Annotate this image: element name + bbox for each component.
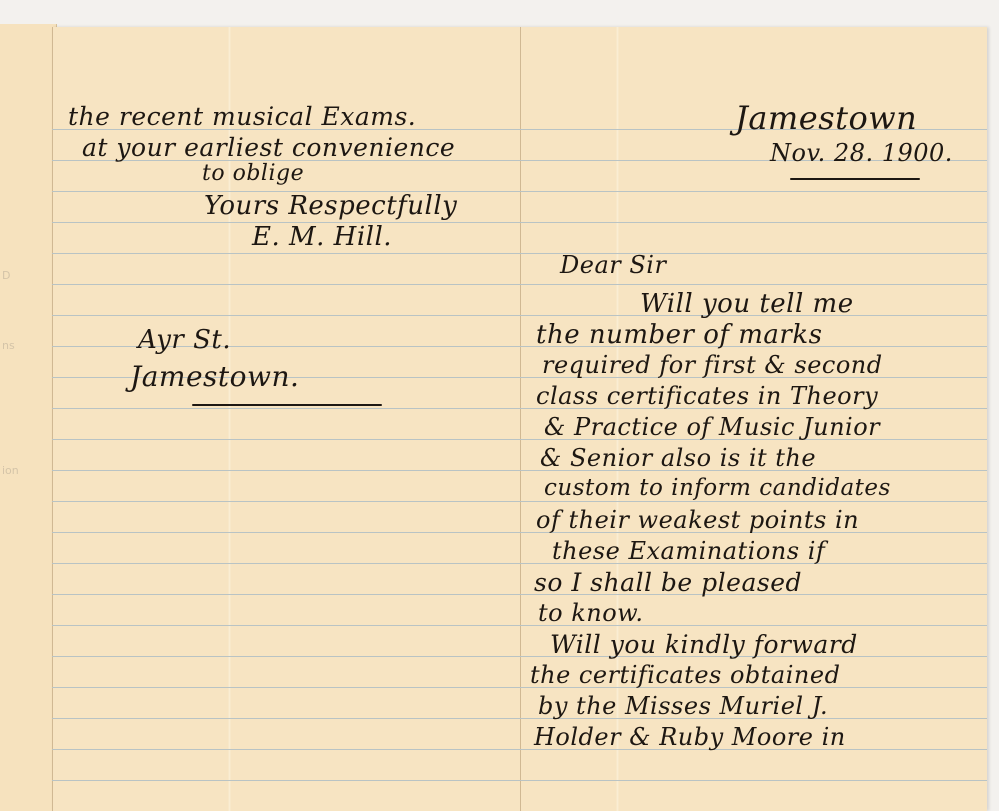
date-underline: [790, 178, 920, 180]
address-underline: [192, 404, 382, 406]
background-sheet: D ns ion: [0, 24, 57, 811]
signature: E. M. Hill.: [252, 222, 392, 252]
body-line: of their weakest points in: [536, 506, 859, 534]
letter-place: Jamestown: [735, 99, 917, 137]
left-edge-fold: [52, 27, 53, 811]
letter-date: Nov. 28. 1900.: [770, 139, 953, 167]
letter-line: to oblige: [202, 161, 304, 186]
center-fold: [520, 27, 521, 811]
body-line: Will you kindly forward: [550, 630, 858, 659]
salutation: Dear Sir: [560, 251, 666, 279]
body-line: Will you tell me: [640, 289, 854, 319]
body-line: & Practice of Music Junior: [544, 413, 880, 441]
body-line: by the Misses Muriel J.: [538, 692, 828, 720]
letter-line: at your earliest convenience: [82, 133, 455, 162]
right-page: Jamestown Nov. 28. 1900. Dear Sir Will y…: [520, 27, 987, 811]
bleed-through-mark: D: [2, 269, 10, 282]
letter-sheet: the recent musical Exams. at your earlie…: [52, 27, 987, 811]
body-line: custom to inform candidates: [544, 475, 891, 501]
body-line: required for first & second: [542, 351, 883, 379]
letter-line: the recent musical Exams.: [68, 102, 416, 131]
body-line: Holder & Ruby Moore in: [534, 723, 846, 751]
body-line: to know.: [538, 599, 644, 627]
body-line: so I shall be pleased: [534, 568, 802, 597]
closing: Yours Respectfully: [204, 191, 457, 221]
body-line: class certificates in Theory: [536, 382, 878, 410]
body-line: the certificates obtained: [530, 661, 840, 689]
bleed-through-mark: ns: [2, 339, 15, 352]
body-line: the number of marks: [536, 320, 822, 350]
sender-address-street: Ayr St.: [138, 325, 231, 355]
left-page: the recent musical Exams. at your earlie…: [52, 27, 520, 811]
sender-address-town: Jamestown.: [130, 360, 299, 393]
body-line: these Examinations if: [552, 537, 825, 565]
bleed-through-mark: ion: [2, 464, 19, 477]
body-line: & Senior also is it the: [540, 444, 816, 472]
